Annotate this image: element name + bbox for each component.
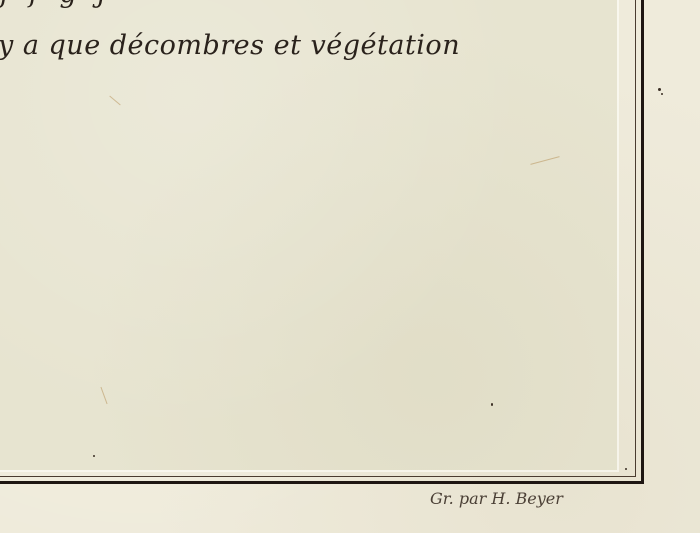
border-thick-right — [641, 0, 644, 484]
border-thin-right — [635, 0, 636, 477]
plate-mark-right — [617, 0, 619, 470]
ink-speck — [658, 88, 661, 91]
caption-text: y a que décombres et végétation — [0, 30, 460, 61]
caption-partial-line: j f g j — [0, 0, 112, 9]
ink-speck — [491, 403, 493, 406]
ink-speck — [625, 468, 627, 470]
plate-mark-bottom — [0, 470, 619, 472]
ink-speck — [93, 455, 95, 457]
plate-area — [0, 0, 617, 470]
ink-speck — [661, 93, 663, 95]
border-thick-bottom — [0, 481, 644, 484]
border-thin-bottom — [0, 476, 636, 477]
engraver-credit: Gr. par H. Beyer — [430, 489, 563, 508]
